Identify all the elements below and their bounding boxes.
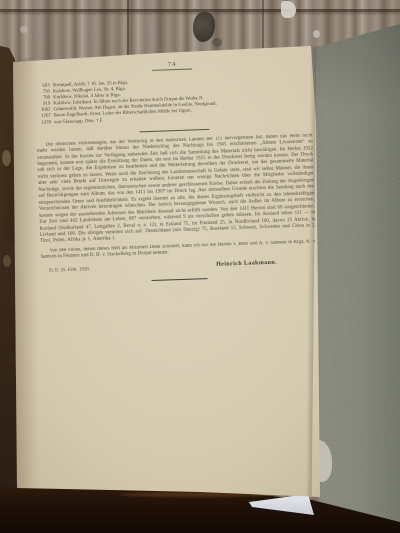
wood-smudge [212,38,222,47]
photo-of-open-book: 74 693 Strümpell, Adolf, † 10. Jan. 35 i… [0,0,400,533]
plank-seam [262,0,264,50]
author-signature: Heinrich Laakmann. [216,259,277,267]
dateline: D. E. 25. Febr. 1928. [49,267,90,273]
page-number: 74 [152,60,192,70]
main-paragraph: Die deutschen Verbindungen, die der Welt… [37,133,316,246]
section-divider-rule [139,129,209,132]
signature-row: D. E. 25. Febr. 1928. Heinrich Laakmann. [49,258,313,273]
paint-chip [281,1,296,18]
plank-seam [0,9,400,12]
plank-seam [127,0,129,60]
paint-chip [313,30,320,38]
paint-chip [20,26,28,33]
entry-number: 1278 [36,120,54,127]
end-rule [152,278,208,281]
spine-wear-spot [3,255,11,267]
member-entry-list: 693 Strümpell, Adolf, † 10. Jan. 35 in R… [35,74,312,126]
spine-wear-spot [2,150,11,166]
page-content: 74 693 Strümpell, Adolf, † 10. Jan. 35 i… [34,56,318,307]
